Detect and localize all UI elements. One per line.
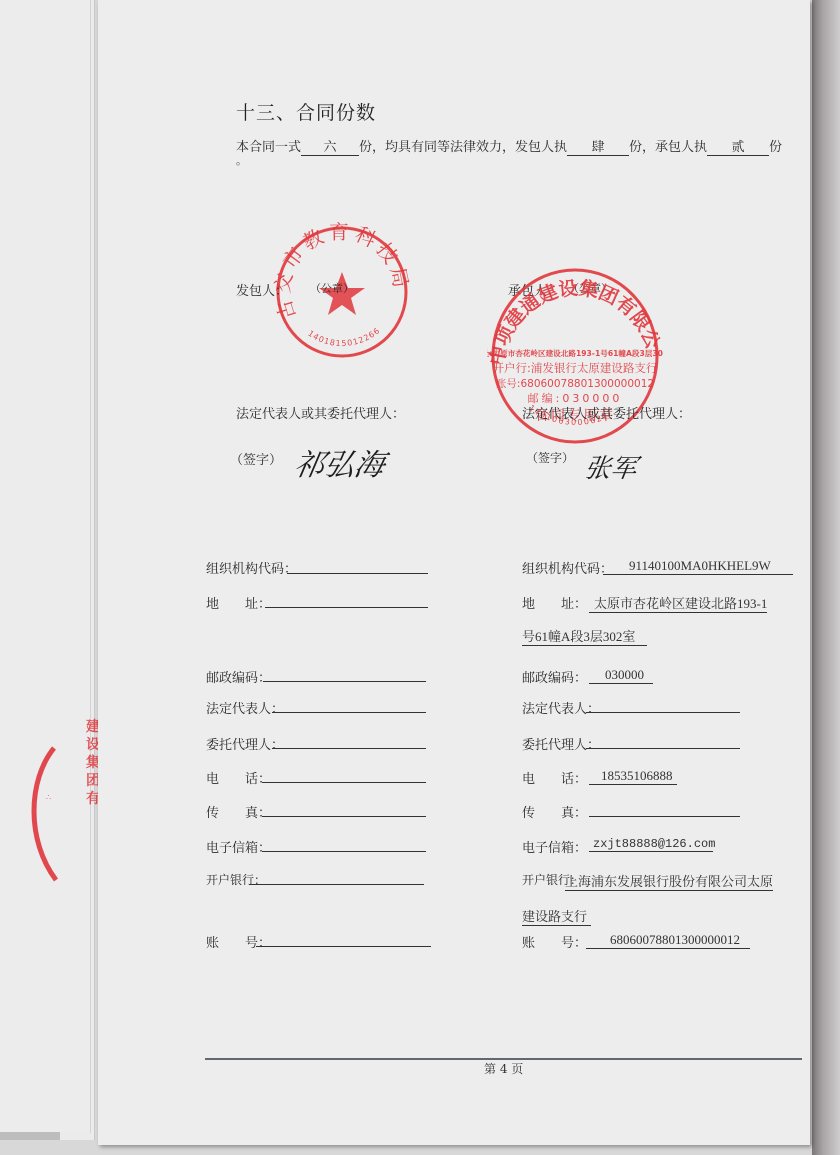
contractor-phone-value: 18535106888 (589, 768, 677, 785)
svg-text:∴: ∴ (46, 793, 51, 802)
contractor-agent-field (586, 748, 740, 749)
employer-agent-label: 委托代理人： (206, 734, 284, 753)
contractor-copies-value: 贰 (707, 140, 769, 156)
back-sheet (0, 0, 91, 1133)
employer-org-code-field (287, 573, 428, 574)
contractor-address-line1: 太原市杏花岭区建设北路193-1 (589, 593, 767, 612)
contractor-org-code-value: 91140100MA0HKHEL9W (603, 558, 793, 575)
total-copies-value: 六 (301, 140, 359, 156)
employer-legal-rep-label: 法定代表人： (206, 698, 284, 717)
contractor-address-label: 地 址： (522, 593, 587, 612)
contractor-phone-label: 电 话： (522, 768, 587, 787)
employer-email-label: 电子信箱： (206, 837, 271, 856)
contractor-legal-rep-label: 法定代表人： (522, 698, 600, 717)
employer-phone-label: 电 话： (206, 768, 271, 787)
employer-email-field (262, 851, 426, 852)
employer-fax-field (262, 816, 426, 817)
employer-phone-field (262, 782, 426, 783)
svg-text:账号:68060078801300000012: 账号:68060078801300000012 (496, 378, 654, 390)
contractor-bank-line2: 建设路支行 (522, 906, 591, 925)
employer-bank-field (249, 884, 424, 885)
contractor-email-label: 电子信箱： (522, 837, 587, 856)
scan-shadow (812, 0, 840, 1155)
contractor-sign-label: （签字） (526, 449, 574, 466)
partial-seal-left: ∴ (18, 740, 58, 890)
employer-fax-label: 传 真： (206, 802, 271, 821)
employer-agent-field (272, 748, 426, 749)
contractor-email-value: zxjt88888@126.com (589, 837, 713, 852)
employer-address-label: 地 址： (206, 593, 271, 612)
contractor-postcode-label: 邮政编码： (522, 667, 587, 686)
sheet-edge (0, 1132, 60, 1140)
employer-org-code-label: 组织机构代码： (206, 558, 297, 577)
page-number: 第 4 页 (484, 1060, 523, 1077)
contractor-legal-rep-field (586, 712, 740, 713)
contractor-org-code-label: 组织机构代码： (522, 558, 613, 577)
sentence-end-mark: 。 (236, 152, 247, 168)
employer-legal-rep-field (272, 712, 426, 713)
copies-sentence: 本合同一式六份，均具有同等法律效力，发包人执肆份，承包人执贰份 (236, 136, 782, 156)
bleed-text (225, 505, 230, 523)
svg-text:1401815012266: 1401815012266 (306, 326, 382, 348)
contractor-postcode-value: 030000 (589, 667, 653, 684)
contractor-account-label: 账 号： (522, 932, 587, 951)
contractor-rep-label: 法定代表人或其委托代理人： (522, 403, 691, 422)
employer-postcode-field (263, 681, 426, 682)
employer-seal-hint: （公章） (310, 280, 354, 296)
employer-account-label: 账 号： (206, 932, 271, 951)
svg-text:开户行:浦发银行太原建设路支行: 开户行:浦发银行太原建设路支行 (493, 361, 658, 375)
employer-copies-value: 肆 (567, 140, 629, 156)
svg-text:地址:太原市杏花岭区建设北路193-1号61幢A段3层302: 地址:太原市杏花岭区建设北路193-1号61幢A段3层302室 (487, 348, 663, 358)
employer-address-field (265, 607, 428, 608)
section-title: 十三、合同份数 (236, 98, 376, 125)
employer-sign-label: （签字） (230, 449, 282, 468)
contractor-signature: 张军 (582, 448, 639, 485)
contractor-account-value: 68060078801300000012 (586, 932, 750, 949)
employer-postcode-label: 邮政编码： (206, 667, 271, 686)
employer-label: 发包人： (236, 280, 288, 299)
employer-signature: 祁弘海 (291, 440, 389, 484)
bleed-text (440, 92, 444, 108)
contractor-address-line2: 号61幢A段3层302室 (522, 626, 647, 645)
employer-bank-label: 开户银行： (206, 871, 266, 888)
contractor-agent-label: 委托代理人： (522, 734, 600, 753)
contractor-fax-field (589, 816, 740, 817)
contractor-bank-line1: 上海浦东发展银行股份有限公司太原 (565, 871, 773, 890)
employer-rep-label: 法定代表人或其委托代理人： (236, 403, 405, 422)
employer-account-field (256, 946, 431, 947)
contractor-fax-label: 传 真： (522, 802, 587, 821)
